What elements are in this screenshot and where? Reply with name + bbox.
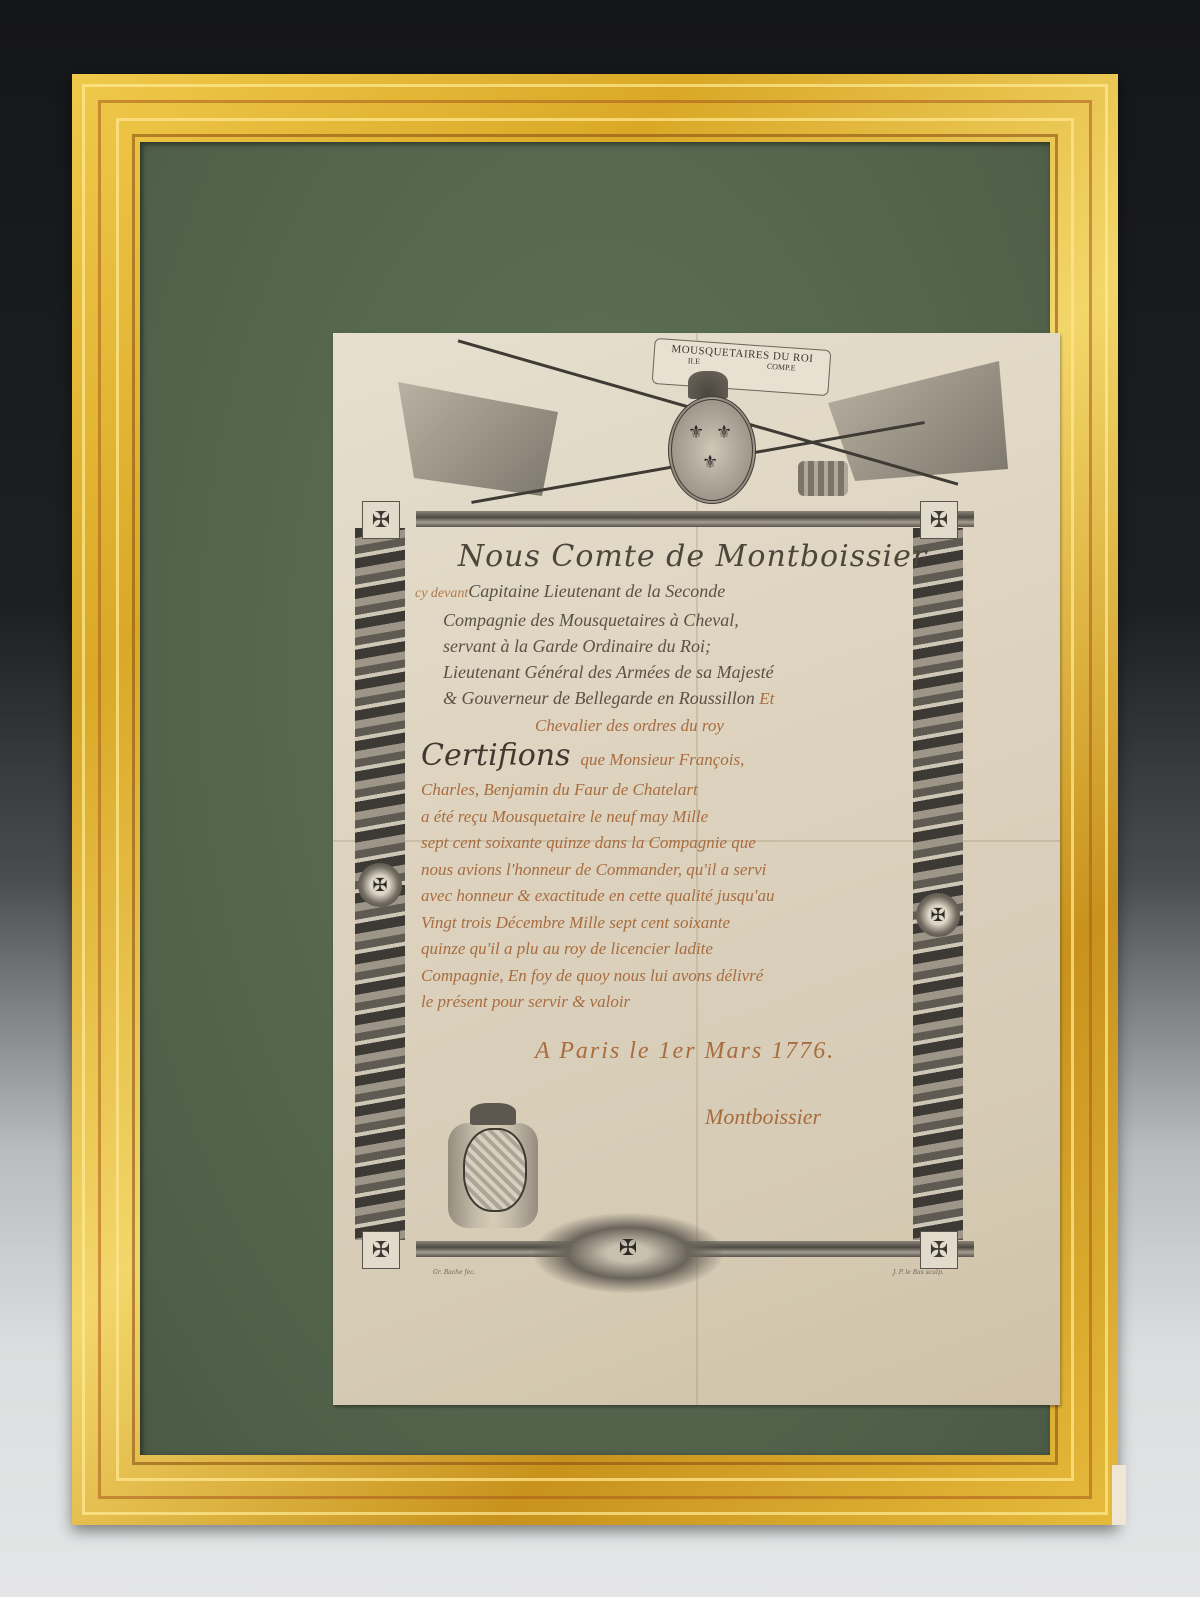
certificate-text: Nous Comte de Montboissier cy devantCapi…: [415, 539, 970, 1131]
drum-icon: [798, 461, 848, 496]
flag-left-icon: [398, 376, 558, 496]
body-line: a été reçu Mousquetaire le neuf may Mill…: [421, 804, 970, 831]
body-line: Compagnie, En foy de quoy nous lui avons…: [421, 963, 970, 990]
fleur-de-lis-icon: ⚜: [688, 422, 704, 443]
body-line: Charles, Benjamin du Faur de Chatelart: [421, 777, 970, 804]
border-top-bar: [416, 511, 974, 527]
arms-shield: [463, 1128, 527, 1212]
company-banner: MOUSQUETAIRES DU ROI II.E COMP.E: [652, 338, 832, 396]
body-line: sept cent soixante quinze dans la Compag…: [421, 830, 970, 857]
body-line: Certifionsque Monsieur François,: [421, 739, 970, 777]
body-line: nous avions l'honneur de Commander, qu'i…: [421, 857, 970, 884]
banner-right: COMP.E: [767, 362, 796, 373]
body-line: avec honneur & exactitude en cette quali…: [421, 883, 970, 910]
title-line: servant à la Garde Ordinaire du Roi;: [443, 633, 970, 659]
title-line: Lieutenant Général des Armées de sa Maje…: [443, 659, 970, 685]
fleur-de-lis-icon: ⚜: [716, 422, 732, 443]
military-trophy-header: MOUSQUETAIRES DU ROI II.E COMP.E ⚜ ⚜ ⚜: [388, 341, 1008, 511]
cross-ornament-icon: ✠: [362, 501, 400, 539]
certificate-paper: MOUSQUETAIRES DU ROI II.E COMP.E ⚜ ⚜ ⚜: [333, 333, 1060, 1405]
certificate-heading: Nous Comte de Montboissier: [415, 539, 970, 574]
cross-ornament-icon: ✠: [362, 1231, 400, 1269]
place-and-date: A Paris le 1er Mars 1776.: [415, 1038, 970, 1065]
green-mat: MOUSQUETAIRES DU ROI II.E COMP.E ⚜ ⚜ ⚜: [140, 142, 1050, 1455]
banner-left: II.E: [688, 356, 701, 366]
royal-arms-shield: ⚜ ⚜ ⚜: [668, 396, 756, 504]
cross-ornament-icon: ✠: [610, 1230, 646, 1266]
signature: Montboissier: [415, 1104, 970, 1131]
title-line: cy devantCapitaine Lieutenant de la Seco…: [443, 578, 970, 607]
engraver-credit-left: Gr. Bache fec.: [433, 1269, 476, 1276]
cross-ornament-icon: ✠: [920, 1231, 958, 1269]
body-line: quinze qu'il a plu au roy de licencier l…: [421, 936, 970, 963]
gilt-picture-frame: MOUSQUETAIRES DU ROI II.E COMP.E ⚜ ⚜ ⚜: [72, 74, 1118, 1525]
body-line: Vingt trois Décembre Mille sept cent soi…: [421, 910, 970, 937]
fleur-de-lis-icon: ⚜: [702, 452, 718, 473]
handwritten-suffix: Et: [759, 689, 774, 708]
certificate-body: Certifionsque Monsieur François, Charles…: [415, 739, 970, 1016]
frame-chipped-corner: [1112, 1465, 1126, 1525]
engraver-credit-right: J. P. le Bas sculp.: [893, 1269, 944, 1276]
royal-crown-icon: [688, 371, 728, 399]
cross-medallion-icon: ✠: [358, 863, 402, 907]
title-line: Compagnie des Mousquetaires à Cheval,: [443, 607, 970, 633]
certifions-word: Certifions: [421, 738, 571, 773]
flag-right-icon: [828, 361, 1008, 481]
title-line: & Gouverneur de Bellegarde en Roussillon…: [443, 685, 970, 713]
title-prefix-handwritten: cy devant: [415, 586, 468, 601]
issuer-titles: cy devantCapitaine Lieutenant de la Seco…: [415, 578, 970, 713]
cross-ornament-icon: ✠: [920, 501, 958, 539]
chevalier-line: Chevalier des ordres du roy: [415, 713, 970, 740]
body-line: le présent pour servir & valoir: [421, 989, 970, 1016]
